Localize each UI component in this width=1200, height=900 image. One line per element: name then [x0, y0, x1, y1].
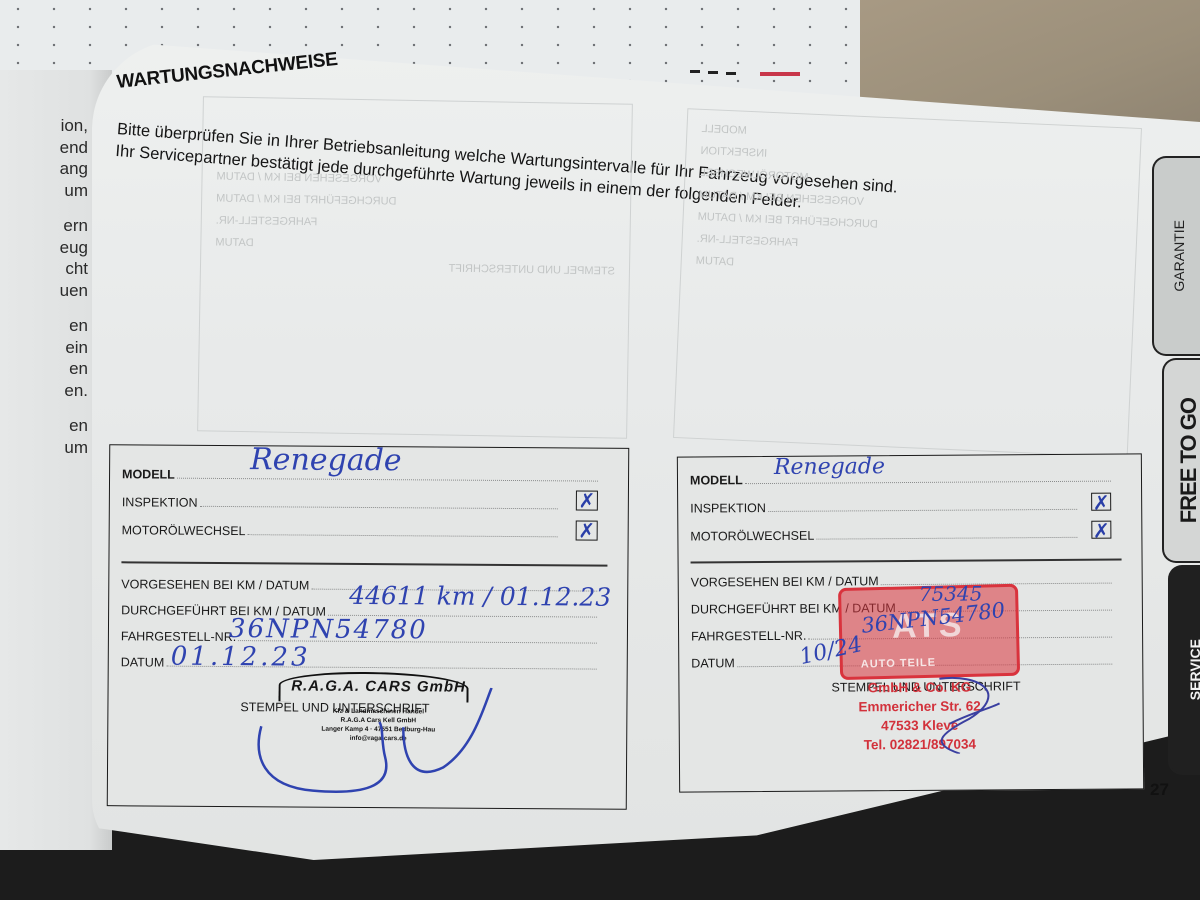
- label-fahrgestell: FAHRGESTELL-NR.: [691, 629, 806, 644]
- field-inspektion: INSPEKTION: [690, 499, 1111, 516]
- left-page-fragment: end: [60, 137, 88, 159]
- left-page-fragment: [60, 201, 88, 215]
- tab-label: FREE TO GO: [1176, 398, 1200, 523]
- label-modell: MODELL: [690, 473, 743, 487]
- field-motoroelwechsel: MOTORÖLWECHSEL: [122, 523, 598, 540]
- left-page-fragment: um: [60, 180, 88, 202]
- field-modell: MODELL: [690, 471, 1111, 488]
- signature-left: [253, 686, 494, 798]
- tab-free-to-go[interactable]: FREE TO GO: [1162, 358, 1200, 563]
- left-page-fragment: ang: [60, 158, 88, 180]
- show-through-form-left: VORGESEHEN BEI KM / DATUM DURCHGEFÜHRT B…: [197, 96, 633, 438]
- handwritten-modell[interactable]: Renegade: [774, 454, 885, 480]
- left-page-fragment: eug: [60, 237, 88, 259]
- left-page-fragment: en.: [60, 380, 88, 402]
- checkbox-inspektion[interactable]: ✗: [576, 490, 598, 510]
- label-datum: DATUM: [121, 655, 165, 669]
- left-page-fragment: ion,: [60, 115, 88, 137]
- label-vorgesehen: VORGESEHEN BEI KM / DATUM: [121, 577, 309, 592]
- label-motoroelwechsel: MOTORÖLWECHSEL: [122, 523, 246, 538]
- handwritten-datum[interactable]: 01.12.23: [171, 642, 311, 673]
- label-modell: MODELL: [122, 467, 175, 481]
- checkbox-inspektion[interactable]: ✗: [1091, 493, 1111, 511]
- tab-label: GARANTIE: [1171, 220, 1187, 292]
- field-inspektion: INSPEKTION: [122, 495, 598, 512]
- stamp-subtitle: AUTO TEILE: [861, 657, 936, 671]
- service-record-2: MODELL Renegade INSPEKTION ✗ MOTORÖLWECH…: [677, 453, 1144, 792]
- label-inspektion: INSPEKTION: [122, 495, 198, 510]
- left-page-fragment: uen: [60, 280, 88, 302]
- divider: [691, 559, 1122, 564]
- left-page-fragment: en: [60, 415, 88, 437]
- left-page-fragment: en: [60, 358, 88, 380]
- left-page-text: ion,endangumerneugchtueneneinenen.enum: [60, 115, 88, 458]
- marker-strokes: [690, 70, 800, 76]
- left-page-fragment: ern: [60, 215, 88, 237]
- label-motoroelwechsel: MOTORÖLWECHSEL: [690, 529, 814, 544]
- service-record-1: MODELL Renegade INSPEKTION ✗ MOTORÖLWECH…: [107, 444, 630, 810]
- divider: [121, 561, 607, 566]
- label-inspektion: INSPEKTION: [690, 501, 766, 516]
- handwritten-modell[interactable]: Renegade: [250, 442, 402, 478]
- page-number: 27: [1150, 780, 1169, 800]
- checkbox-motoroelwechsel[interactable]: ✗: [1091, 521, 1111, 539]
- tab-label: SERVICE: [1187, 639, 1200, 700]
- checkbox-motoroelwechsel[interactable]: ✗: [576, 520, 598, 540]
- left-page-fragment: cht: [60, 258, 88, 280]
- left-page-fragment: ein: [60, 337, 88, 359]
- left-page-fragment: [60, 301, 88, 315]
- left-page-fragment: en: [60, 315, 88, 337]
- field-motoroelwechsel: MOTORÖLWECHSEL: [690, 527, 1111, 544]
- show-through-form-right: MODELL INSPEKTION MOTORÖLWECHSEL VORGESE…: [673, 108, 1142, 458]
- handwritten-durchgefuehrt[interactable]: 44611 km / 01.12.23: [349, 581, 611, 612]
- left-page-fragment: [60, 401, 88, 415]
- left-page-fragment: um: [60, 437, 88, 459]
- handwritten-fahrgestell[interactable]: 36NPN54780: [229, 614, 428, 645]
- tab-garantie[interactable]: GARANTIE: [1152, 156, 1200, 356]
- signature-right: [899, 673, 1020, 754]
- label-datum: DATUM: [691, 656, 735, 670]
- tab-service[interactable]: SERVICE: [1168, 565, 1200, 775]
